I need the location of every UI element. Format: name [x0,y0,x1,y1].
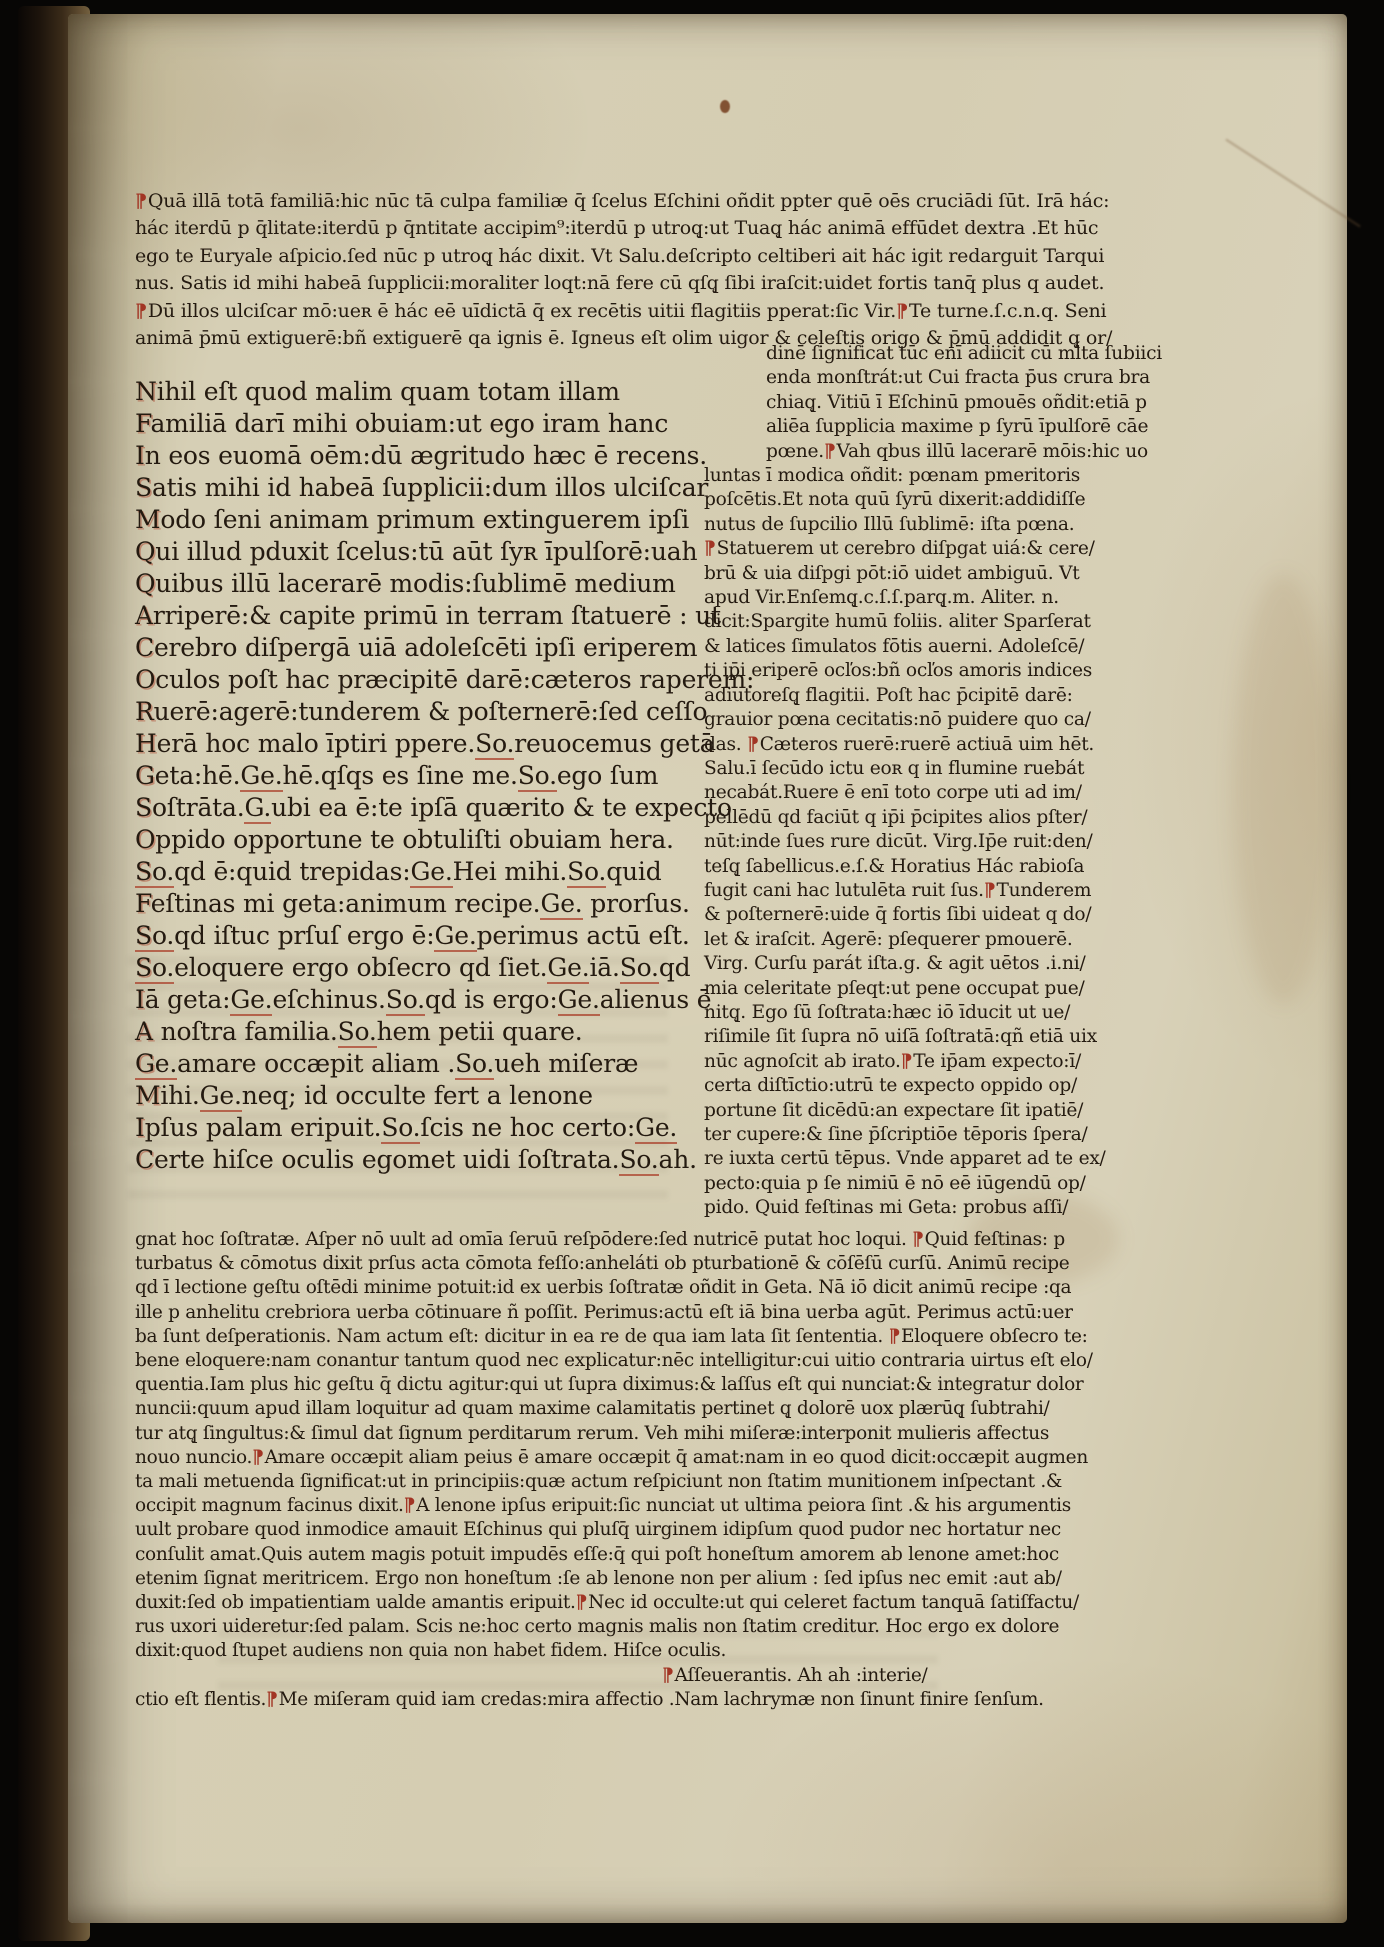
speaker-abbreviation: So. [338,1017,377,1048]
text-line: occipit magnum facinus dixit.⁋A lenone i… [135,1494,1135,1518]
text-line: grauior pœna cecitatis:nō puidere quo ca… [704,708,1134,732]
text-line: re iuxta certū tēpus. Vnde apparet ad te… [704,1147,1134,1171]
speaker-abbreviation: Ge. [230,985,272,1016]
text-line: conſulit amat.Quis autem magis potuit im… [135,1543,1135,1567]
foxing-dot [720,100,730,113]
text-line: necabát.Ruere ē enī toto corpe uti ad im… [704,781,1134,805]
text-line: uult probare quod inmodice amauit Eſchin… [135,1518,1135,1542]
book-photo: ⁋Quā illā totā familiā:hic nūc tā culpa … [0,0,1384,1947]
speaker-abbreviation: So. [518,761,557,792]
speaker-abbreviation: Ge. [135,1049,177,1080]
text-line: Oppido opportune te obtuliſti obuiam her… [135,824,735,856]
text-line: Ge.amare occæpit aliam .So.ueh miſeræ [135,1048,735,1080]
text-line: ta mali metuenda ſignificat:ut in princi… [135,1470,1135,1494]
speaker-abbreviation: Ge. [200,1081,242,1112]
pilcrow-mark: ⁋ [404,1495,416,1516]
speaker-abbreviation: G. [244,793,271,824]
speaker-abbreviation: So. [135,921,174,952]
fold-crease [1225,139,1360,228]
speaker-abbreviation: Ge. [558,985,600,1016]
text-line: brū & uia diſpgi pōt:iō uidet ambiguū. V… [704,562,1134,586]
text-line: Feſtinas mi geta:animum recipe.Ge. prorſ… [135,888,735,920]
speaker-abbreviation: So. [135,857,174,888]
text-line: enda monſtrát:ut Cui fracta p̄us crura b… [704,366,1134,390]
speaker-abbreviation: So. [135,953,174,984]
speaker-abbreviation: So. [381,1113,420,1144]
commentary-top: ⁋Quā illā totā familiā:hic nūc tā culpa … [135,188,1131,352]
commentary-bottom: gnat hoc ſoſtratæ. Aſper nō uult ad omīa… [135,1228,1135,1712]
pilcrow-mark: ⁋ [901,1051,914,1072]
verse-text: Nihil eſt quod malim quam totam illamFam… [135,376,735,1176]
speaker-abbreviation: Ge. [540,889,582,920]
text-line: pido. Quid feſtinas mi Geta: probus aſſi… [704,1196,1134,1220]
text-line: ego te Euryale aſpicio.ſed nūc p utroq̨ … [135,243,1131,270]
pilcrow-mark: ⁋ [266,1689,278,1710]
text-line: Quibus illū lacerarē modis:ſublimē mediu… [135,568,735,600]
speaker-abbreviation: So. [475,729,514,760]
text-line: dicit:Spargite humū foliis. aliter Sparſ… [704,610,1134,634]
text-line: hác iterdū p q̄litate:iterdū p q̄ntitate… [135,215,1131,242]
text-line: Geta:hē.Ge.hē.qſqs es ſine me.So.ego ſum [135,760,735,792]
text-line: nus. Satis id mihi habeā ſupplicii:moral… [135,270,1131,297]
text-line: rus uxori uideretur:ſed palam. Scis ne:h… [135,1615,1135,1639]
speaker-abbreviation: So. [386,985,425,1016]
text-line: Ruerē:agerē:tunderem & poſternerē:ſed ce… [135,696,735,728]
text-line: Virg. Curſu parát iſta.g. & agit uētos .… [704,952,1134,976]
text-line: In eos euomā oēm:dū ægritudo hæc ē recen… [135,440,735,472]
text-line: dinē ſignificat tūc enī adiicit cū mĺta … [704,342,1134,366]
text-line: pecto:quia p ſe nimiū ē nō eē iūgendū op… [704,1172,1134,1196]
pilcrow-mark: ⁋ [662,1665,674,1686]
text-line: & latices ſimulatos fōtis auerni. Adoleſ… [704,635,1134,659]
text-line: ba ſunt deſperationis. Nam actum eſt: di… [135,1325,1135,1349]
pilcrow-mark: ⁋ [135,300,148,322]
pilcrow-mark: ⁋ [576,1592,588,1613]
text-line: ti ip̄i eriperē ocľos:bñ ocľos amoris in… [704,659,1134,683]
text-line: nūc agnoſcit ab irato.⁋Te ip̄am expecto:… [704,1050,1134,1074]
text-line: tur atq̨ ſingultus:& ſimul dat ſignum pe… [135,1422,1135,1446]
text-line: chiaq̨. Vitiū ī Eſchinū pmouēs oñdit:eti… [704,391,1134,415]
pilcrow-mark: ⁋ [912,1229,924,1250]
speaker-abbreviation: So. [620,953,659,984]
page: ⁋Quā illā totā familiā:hic nūc tā culpa … [68,14,1347,1923]
pilcrow-mark: ⁋ [824,441,837,462]
speaker-abbreviation: Ge. [240,761,282,792]
text-line: Salu.ī ſecūdo ictu eoʀ q in flumine rueb… [704,757,1134,781]
speaker-abbreviation: Ge. [635,1113,677,1144]
text-line: nuncii:quum apud illam loquitur ad quam … [135,1397,1135,1421]
text-line: luntas ī modica oñdit: pœnam pmeritoris [704,464,1134,488]
text-line: poſcētis.Et nota quū ſyrū dixerit:addidi… [704,488,1134,512]
text-line: let & iraſcit. Agerē: pſequerer pmouerē. [704,928,1134,952]
commentary-right-column: dinē ſignificat tūc enī adiicit cū mĺta … [704,342,1134,1221]
text-line: & poſternerē:uide q̄ fortis ſibi uideat … [704,903,1134,927]
pilcrow-mark: ⁋ [896,300,909,322]
text-line: riſimile ſit ſupra nō uiſā ſoſtratā:qñ e… [704,1025,1134,1049]
text-line: Arriperē:& capite primū in terram ſtatue… [135,600,735,632]
text-line: fugit cani hac lutulēta ruit ſus.⁋Tunder… [704,879,1134,903]
text-line: Familiā darī mihi obuiam:ut ego iram han… [135,408,735,440]
pilcrow-mark: ⁋ [704,538,717,559]
text-line: So.eloquere ergo obſecro qd ſiet.Ge.iā.S… [135,952,735,984]
text-line: Mihi.Ge.neq; id occulte fert a lenone [135,1080,735,1112]
text-line: teſq̨ ſabellicus.e.ſ.& Horatius Hác rabi… [704,855,1134,879]
text-line: pellēdū qd faciūt q ip̄i p̄cipites alios… [704,806,1134,830]
pilcrow-mark: ⁋ [252,1447,264,1468]
speaker-abbreviation: So. [619,1145,658,1176]
speaker-abbreviation: Ge. [410,857,452,888]
text-line: ter cupere:& ſine p̄ſcriptiōe tēporis ſp… [704,1123,1134,1147]
text-line: Nihil eſt quod malim quam totam illam [135,376,735,408]
text-line: nutus de ſupcilio Illū ſublimē: iſta pœn… [704,513,1134,537]
speaker-abbreviation: Ge. [434,921,476,952]
text-line: apud Vir.Enſemq̨.c.ſ.ſ.parq̨.m. Aliter. … [704,586,1134,610]
text-line: bene eloquere:nam conantur tantum quod n… [135,1349,1135,1373]
page-stain [1233,574,1333,1004]
text-line: turbatus & cōmotus dixit prſus acta cōmo… [135,1252,1135,1276]
text-line: dixit:quod ſtupet audiens non quia non h… [135,1639,1135,1663]
text-line: das. ⁋Cæteros ruerē:ruerē actiuā uim hēt… [704,733,1134,757]
text-line: ille p anhelitu crebriora uerba cōtinuar… [135,1301,1135,1325]
pilcrow-mark: ⁋ [984,880,997,901]
text-line: ⁋Aſſeuerantis. Ah ah :interie/ [135,1664,1135,1688]
text-line: duxit:ſed ob impatientiam ualde amantis … [135,1591,1135,1615]
text-line: quentia.Iam plus hic geſtu q̄ dictu agit… [135,1373,1135,1397]
text-line: certa diſtīctio:utrū te expecto oppido o… [704,1074,1134,1098]
text-line: aliēa ſupplicia maxime p ſyrū īpulſorē c… [704,415,1134,439]
text-line: pœne.⁋Vah qbus illū lacerarē mōis:hic uo [704,440,1134,464]
text-line: Iā geta:Ge.eſchinus.So.qd is ergo:Ge.ali… [135,984,735,1016]
text-line: Herā hoc malo īptiri ppere.So.reuocemus … [135,728,735,760]
text-line: nouo nuncio.⁋Amare occæpit aliam peius ē… [135,1446,1135,1470]
text-line: Oculos poſt hac præcipitē darē:cæteros r… [135,664,735,696]
text-line: Ipſus palam eripuit.So.ſcis ne hoc certo… [135,1112,735,1144]
text-line: Modo ſeni animam primum extinguerem ipſi [135,504,735,536]
text-line: So.qd ē:quid trepidas:Ge.Hei mihi.So.qui… [135,856,735,888]
text-line: qd ī lectione geſtu oſtēdi minime potuit… [135,1276,1135,1300]
text-line: nūt:inde ſues rure dicūt. Virg.Ip̄e ruit… [704,830,1134,854]
text-line: portune ſit dicēdū:an expectare ſit ipat… [704,1099,1134,1123]
text-line: Satis mihi id habeā ſupplicii:dum illos … [135,472,735,504]
text-line: ⁋Dū illos ulciſcar mō:ueʀ ē hác eē uīdic… [135,298,1131,325]
pilcrow-mark: ⁋ [889,1326,901,1347]
text-line: Cerebro diſpergā uiā adoleſcēti ipſi eri… [135,632,735,664]
text-line: A noſtra familia.So.hem petii quare. [135,1016,735,1048]
speaker-abbreviation: So. [455,1049,494,1080]
text-line: ctio eſt flentis.⁋Me miſeram quid iam cr… [135,1688,1135,1712]
text-line: ⁋Statuerem ut cerebro diſpgat uiá:& cere… [704,537,1134,561]
text-line: mia celeritate pſeqt:ut pene occupat pue… [704,977,1134,1001]
text-line: Soſtrāta.G.ubi ea ē:te ipſā quærito & te… [135,792,735,824]
pilcrow-mark: ⁋ [135,190,148,212]
speaker-abbreviation: Ge. [547,953,589,984]
text-line: adiutoreſq̨ flagitii. Poſt hac p̄cipitē … [704,684,1134,708]
speaker-abbreviation: So. [567,857,606,888]
text-line: gnat hoc ſoſtratæ. Aſper nō uult ad omīa… [135,1228,1135,1252]
pilcrow-mark: ⁋ [747,734,760,755]
text-line: Qui illud pduxit ſcelus:tū aūt ſyʀ īpulſ… [135,536,735,568]
text-line: etenim ſignat meritricem. Ergo non honeſ… [135,1567,1135,1591]
text-line: So.qd iſtuc prſuſ ergo ē:Ge.perimus actū… [135,920,735,952]
text-line: Certe hiſce oculis egomet uidi ſoſtrata.… [135,1144,735,1176]
text-line: nitq̨. Ego ſū ſoſtrata:hæc iō īducit ut … [704,1001,1134,1025]
text-line: ⁋Quā illā totā familiā:hic nūc tā culpa … [135,188,1131,215]
